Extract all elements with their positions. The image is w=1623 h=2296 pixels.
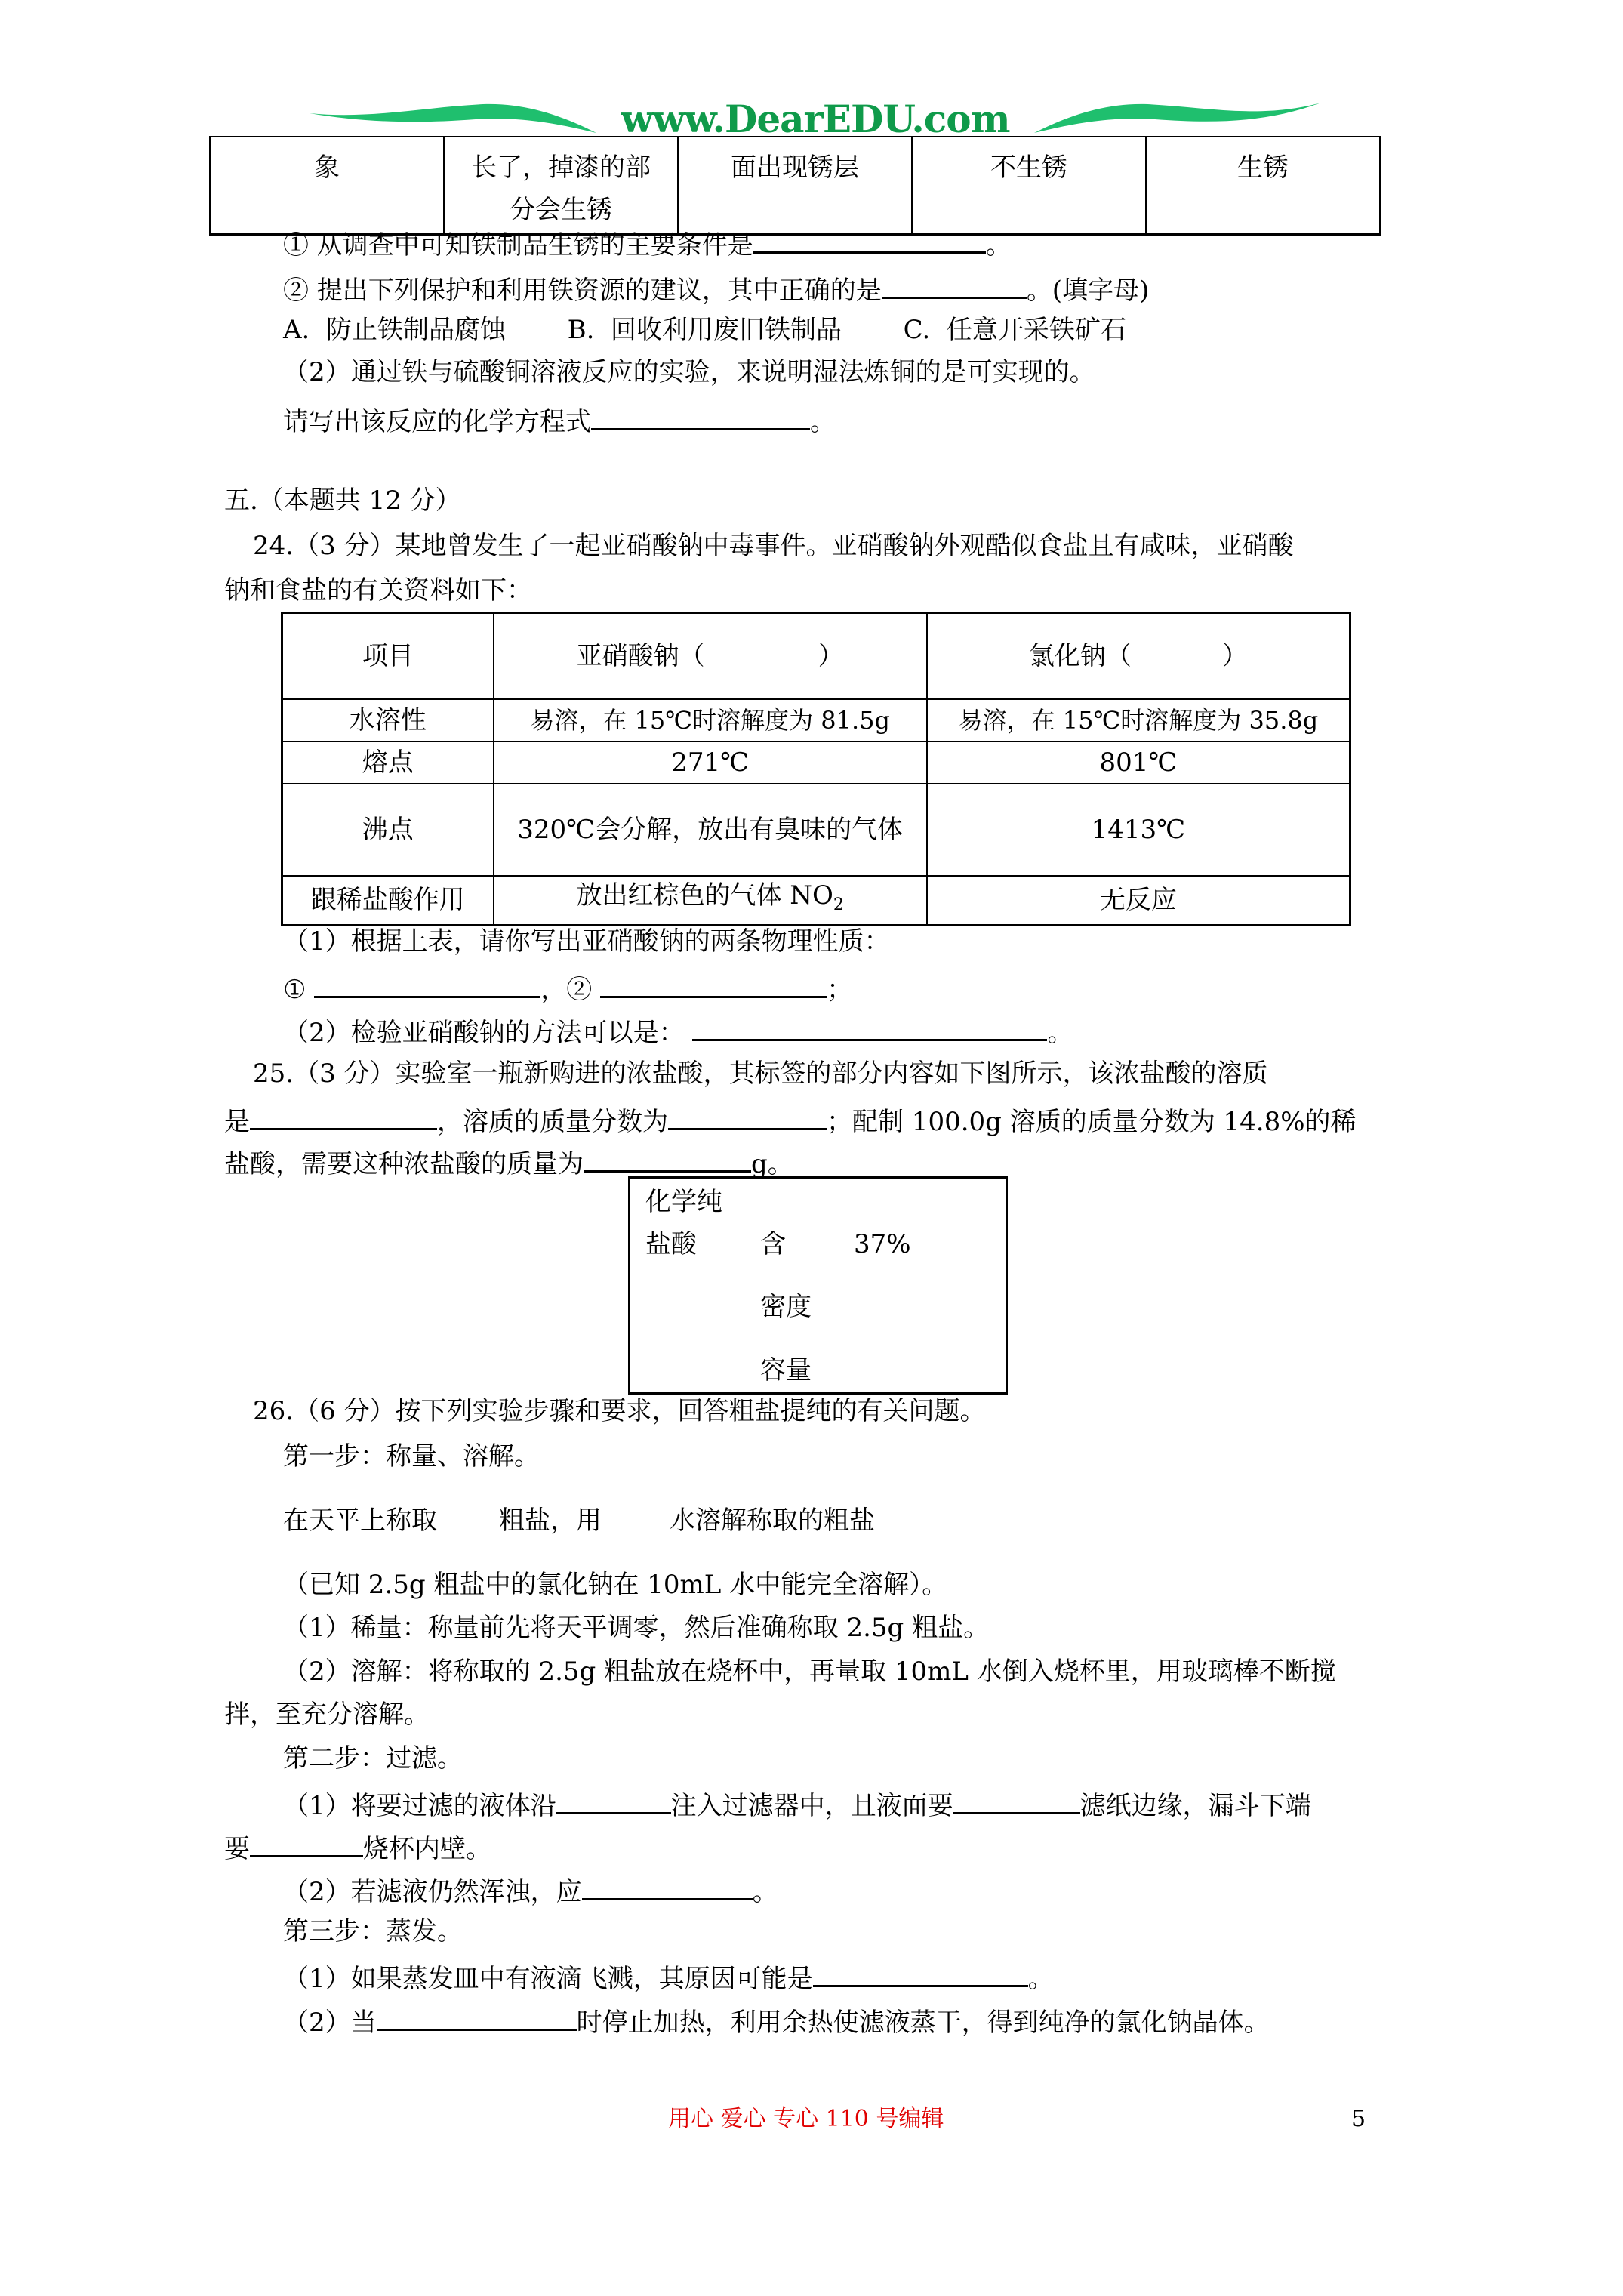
step1-sub2-line1: （2）溶解：将称取的 2.5g 粗盐放在烧杯中，再量取 10mL 水倒入烧杯里，… [283,1659,1336,1684]
label-volume: 容量 [760,1358,811,1383]
dearedu-logo: www.DearEDU.com [310,97,1321,142]
logo-text: www.DearEDU.com [596,97,1034,142]
reagent-label: 化学纯 盐酸 含 37% 密度 容量 [628,1176,1008,1395]
q26-title: 26.（6 分）按下列实验步骤和要求，回答粗盐提纯的有关问题。 [253,1398,986,1424]
q24-part1: （1）根据上表，请你写出亚硝酸钠的两条物理性质： [283,929,890,954]
answer-blank[interactable] [377,2006,577,2031]
answer-blank[interactable] [813,1962,1028,1987]
substance-comparison-table: 项目 亚硝酸钠（） 氯化钠（） 水溶性 易溶，在 15℃时溶解度为 81.5g … [281,612,1351,926]
label-name: 盐酸 [645,1231,697,1257]
step1-sub1: （1）稀量：称量前先将天平调零，然后准确称取 2.5g 粗盐。 [283,1615,989,1641]
table-row: 沸点 320℃会分解，放出有臭味的气体 1413℃ [282,784,1350,876]
q24-intro-line1: 24.（3 分）某地曾发生了一起亚硝酸钠中毒事件。亚硝酸钠外观酷似食盐且有咸味，… [253,533,1294,559]
table-cell: 长了，掉漆的部分会生锈 [444,137,678,234]
table-row: 跟稀盐酸作用 放出红棕色的气体 NO2 无反应 [282,876,1350,925]
table-header-row: 项目 亚硝酸钠（） 氯化钠（） [282,613,1350,700]
q23-options: A. 防止铁制品腐蚀 B. 回收利用废旧铁制品 C. 任意开采铁矿石 [283,317,1126,343]
step1-line: 在天平上称取粗盐，用水溶解称取的粗盐 [283,1508,875,1533]
q24-intro-line2: 钠和食盐的有关资料如下： [224,578,532,603]
option-a: A. 防止铁制品腐蚀 [283,315,506,345]
label-content-value: 37% [854,1231,911,1257]
rust-survey-table: 象 长了，掉漆的部分会生锈 面出现锈层 不生锈 生锈 [209,136,1381,236]
q25-line1: 25.（3 分）实验室一瓶新购进的浓盐酸，其标签的部分内容如下图所示，该浓盐酸的… [253,1061,1268,1086]
answer-blank[interactable] [250,1105,437,1130]
q23-part2: （2）通过铁与硫酸铜溶液反应的实验，来说明湿法炼铜的是可实现的。 [283,359,1095,385]
right-wing-icon [1034,103,1321,133]
answer-blank[interactable] [600,973,827,998]
label-grade: 化学纯 [645,1189,722,1215]
table-row: 水溶性 易溶，在 15℃时溶解度为 81.5g 易溶，在 15℃时溶解度为 35… [282,699,1350,741]
answer-blank[interactable] [250,1832,363,1857]
step2-sub2: （2）若滤液仍然浑浊，应。 [283,1875,778,1905]
step2-title: 第二步：过滤。 [283,1746,463,1771]
answer-blank[interactable] [582,1875,753,1900]
answer-blank[interactable] [668,1105,827,1130]
step2-sub1: （1）将要过滤的液体沿注入过滤器中，且液面要滤纸边缘，漏斗下端 [283,1789,1311,1819]
step1-known: （已知 2.5g 粗盐中的氯化钠在 10mL 水中能完全溶解）。 [283,1572,947,1598]
step2-sub1-cont: 要烧杯内壁。 [224,1832,491,1862]
answer-blank[interactable] [692,1016,1047,1041]
answer-blank[interactable] [882,274,1027,299]
header-sodium-chloride: 氯化钠（） [927,613,1350,700]
q24-part2: （2）检验亚硝酸钠的方法可以是： 。 [283,1016,1073,1046]
answer-blank[interactable] [591,405,810,430]
table-cell: 不生锈 [912,137,1146,234]
q23-part2-prompt: 请写出该反应的化学方程式。 [283,405,836,435]
table-cell: 生锈 [1146,137,1380,234]
label-density: 密度 [760,1294,811,1320]
section-title: 五.（本题共 12 分） [224,488,461,513]
page-number: 5 [1351,2108,1366,2131]
q24-part1-answers: ① ，② ； [283,973,852,1003]
answer-blank[interactable] [753,229,986,254]
answer-blank[interactable] [556,1789,671,1814]
q23-sub2: ② 提出下列保护和利用铁资源的建议，其中正确的是。(填字母) [283,274,1149,304]
option-c: C. 任意开采铁矿石 [904,315,1126,345]
option-b: B. 回收利用废旧铁制品 [568,315,842,345]
step1-title: 第一步：称量、溶解。 [283,1444,540,1469]
header-sodium-nitrite: 亚硝酸钠（） [494,613,927,700]
q25-line3: 盐酸，需要这种浓盐酸的质量为g。 [224,1148,793,1177]
label-content: 含 [760,1231,786,1257]
q23-sub1: ① 从调查中可知铁制品生锈的主要条件是。 [283,229,1012,258]
step3-title: 第三步：蒸发。 [283,1918,463,1944]
answer-blank[interactable] [953,1789,1080,1814]
table-row: 熔点 271℃ 801℃ [282,741,1350,784]
table-cell: 面出现锈层 [678,137,912,234]
footer-slogan: 用心 爱心 专心 110 号编辑 [668,2108,944,2131]
answer-blank[interactable] [584,1148,751,1173]
table-row: 象 长了，掉漆的部分会生锈 面出现锈层 不生锈 生锈 [210,137,1380,234]
step3-sub1: （1）如果蒸发皿中有液滴飞溅，其原因可能是。 [283,1962,1054,1992]
table-cell: 象 [210,137,444,234]
step3-sub2: （2）当时停止加热，利用余热使滤液蒸干，得到纯净的氯化钠晶体。 [283,2006,1270,2036]
header-item: 项目 [282,613,494,700]
left-wing-icon [310,103,596,133]
answer-blank[interactable] [314,973,540,998]
step1-sub2-line2: 拌，至充分溶解。 [224,1702,430,1727]
q25-line2: 是，溶质的质量分数为；配制 100.0g 溶质的质量分数为 14.8%的稀 [224,1105,1357,1135]
